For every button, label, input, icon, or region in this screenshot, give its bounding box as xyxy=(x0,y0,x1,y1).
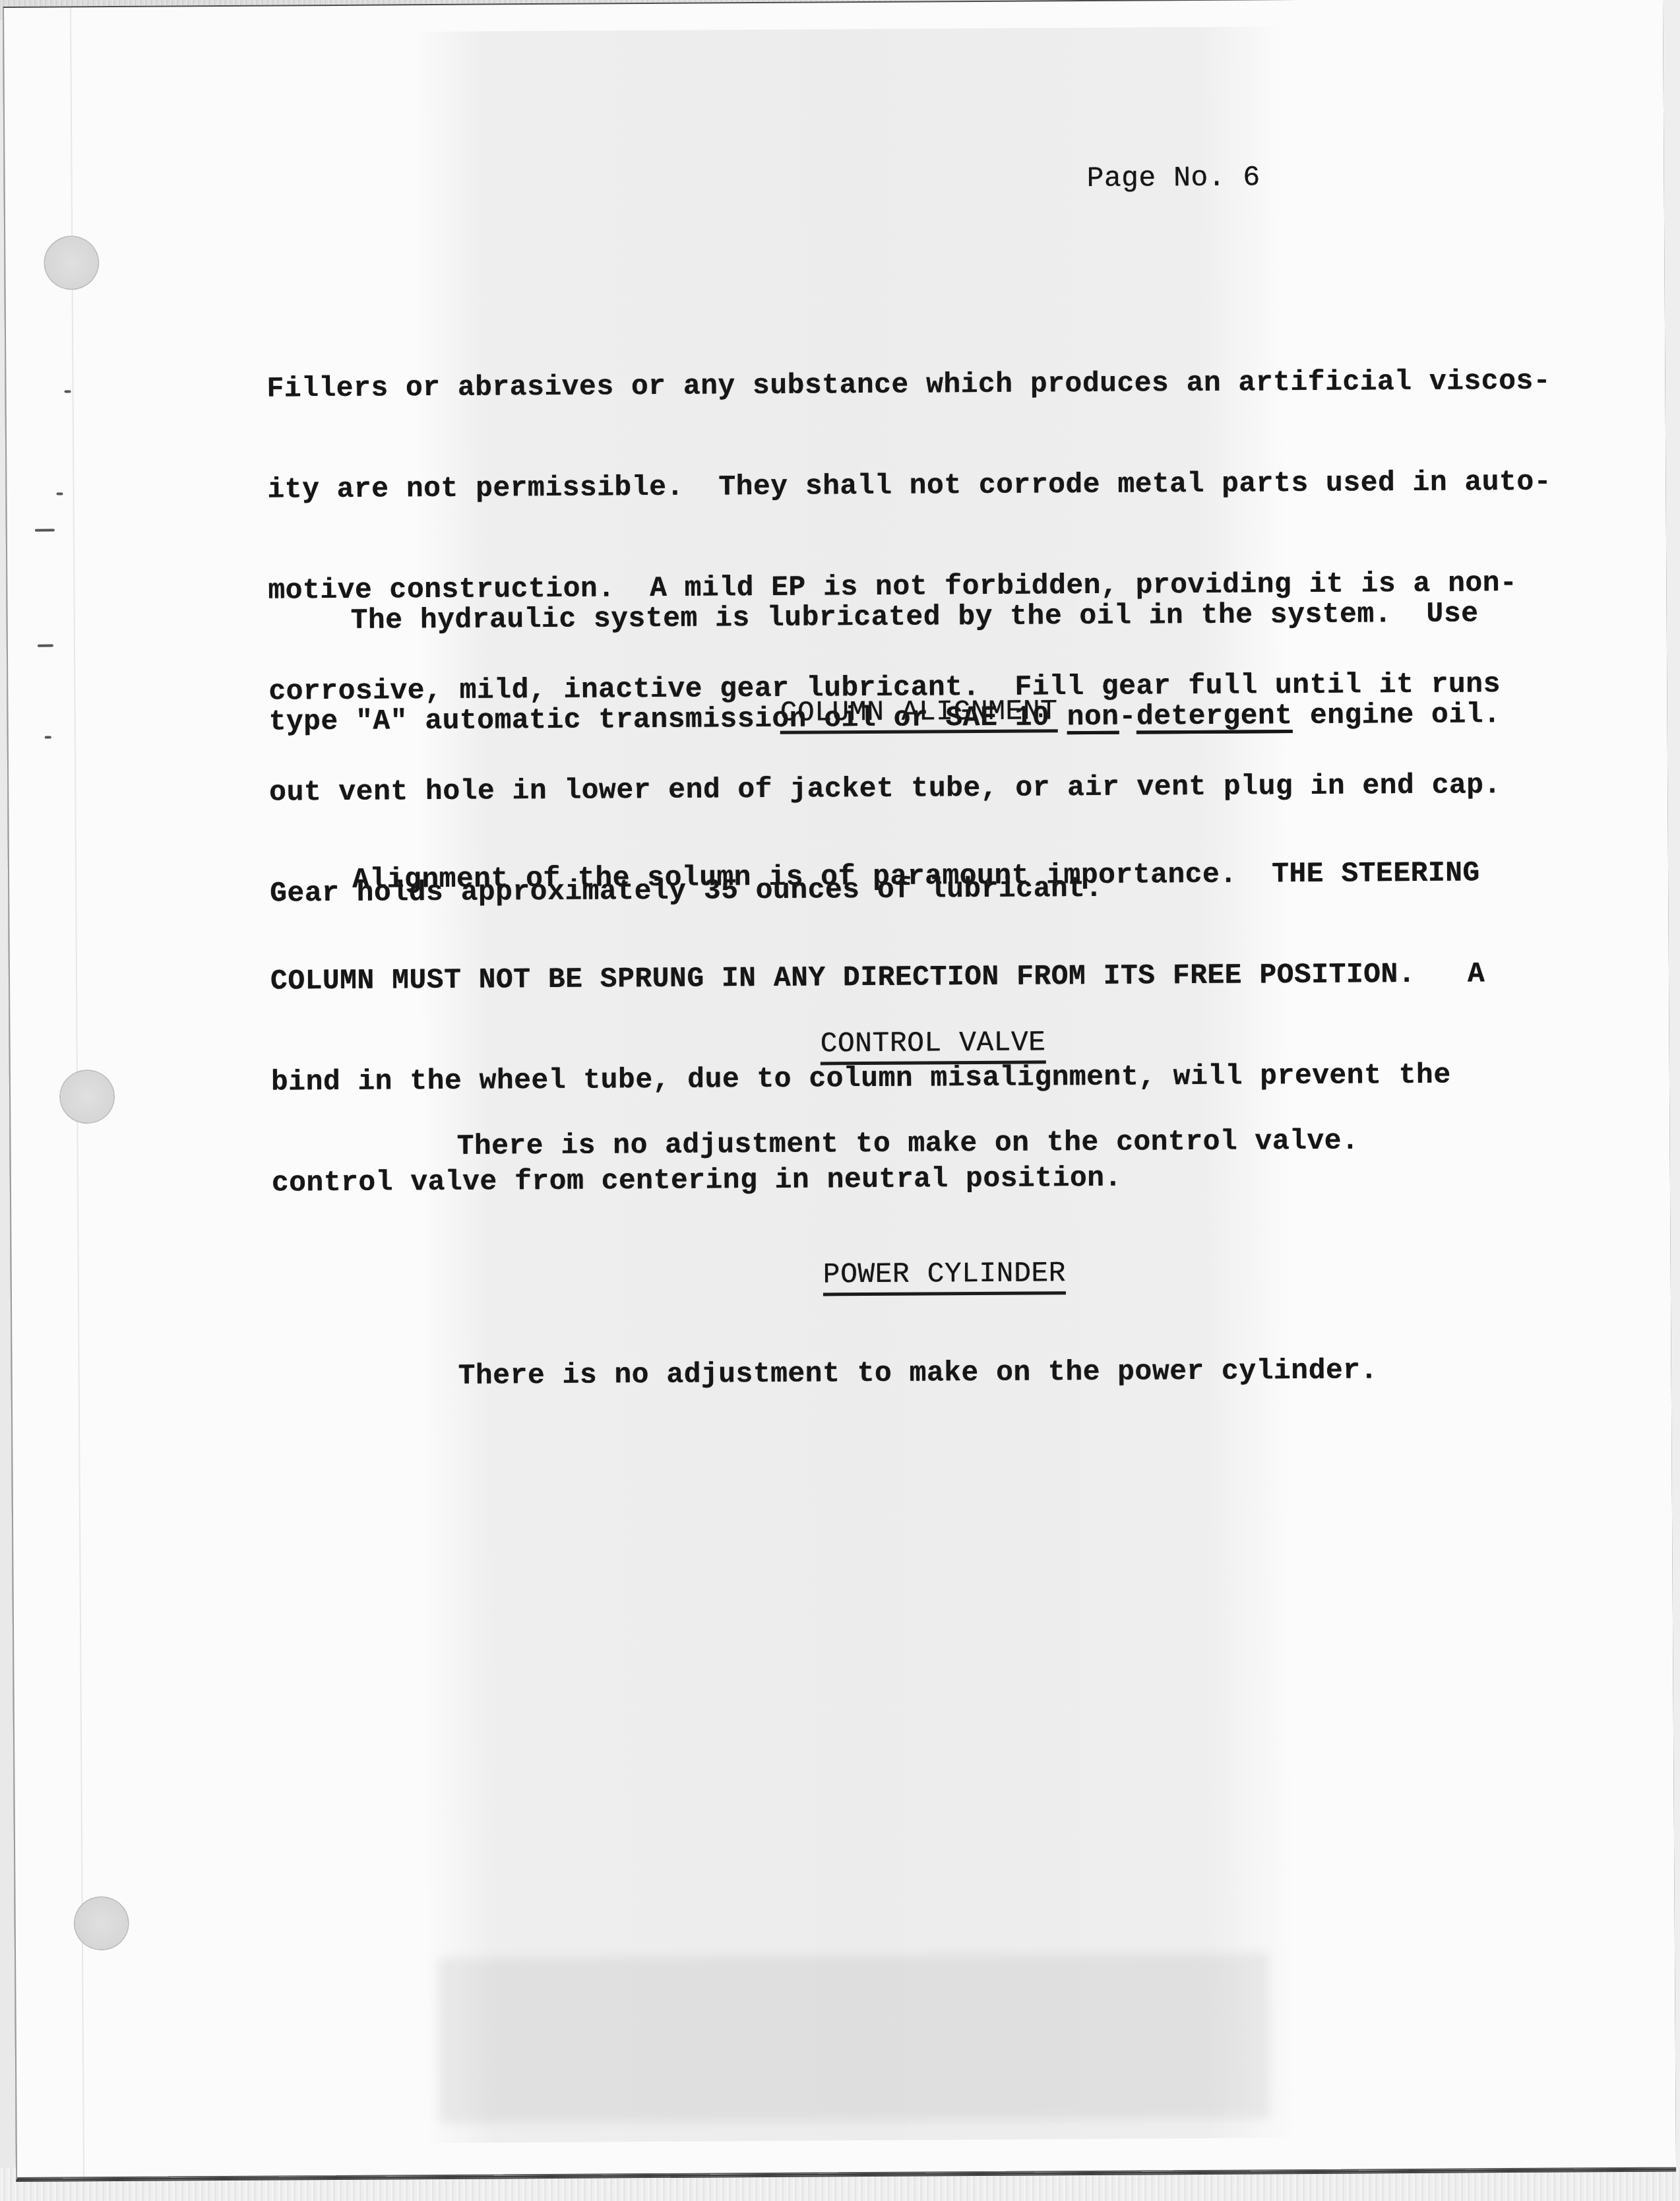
stray-mark xyxy=(57,492,63,495)
stray-mark xyxy=(38,645,53,647)
punch-hole-icon xyxy=(61,1071,113,1122)
paragraph-hydraulic: The hydraulic system is lubricated by th… xyxy=(268,529,1501,806)
paragraph-line: COLUMN MUST NOT BE SPRUNG IN ANY DIRECTI… xyxy=(270,957,1485,998)
section-heading-power-cylinder: POWER CYLINDER xyxy=(823,1256,1067,1296)
paragraph-line: The hydraulic system is lubricated by th… xyxy=(268,596,1501,637)
stray-mark xyxy=(45,736,51,739)
document-page: Page No. 6 Fillers or abrasives or any s… xyxy=(3,0,1676,2181)
paragraph-line: ity are not permissible. They shall not … xyxy=(267,465,1551,507)
page-number: Page No. 6 xyxy=(1086,160,1260,195)
paragraph-line: Fillers or abrasives or any substance wh… xyxy=(266,364,1551,406)
underlined-text: detergent xyxy=(1136,699,1293,732)
section-heading-column-alignment: COLUMN ALIGNMENT xyxy=(780,694,1057,734)
paragraph-line: Alignment of the solumn is of paramount … xyxy=(270,856,1485,897)
stray-mark xyxy=(35,529,55,532)
paragraph-power-cylinder: There is no adjustment to make on the po… xyxy=(458,1353,1378,1393)
stray-mark xyxy=(65,390,71,393)
toner-shading-bottom xyxy=(438,1953,1270,2123)
paragraph-control-valve: There is no adjustment to make on the co… xyxy=(456,1124,1359,1163)
underlined-text: non xyxy=(1067,701,1119,733)
section-heading-control-valve: CONTROL VALVE xyxy=(820,1025,1045,1065)
punch-hole-icon xyxy=(45,237,98,288)
paragraph-line: control valve from centering in neutral … xyxy=(272,1159,1487,1199)
punch-hole-icon xyxy=(75,1898,128,1949)
